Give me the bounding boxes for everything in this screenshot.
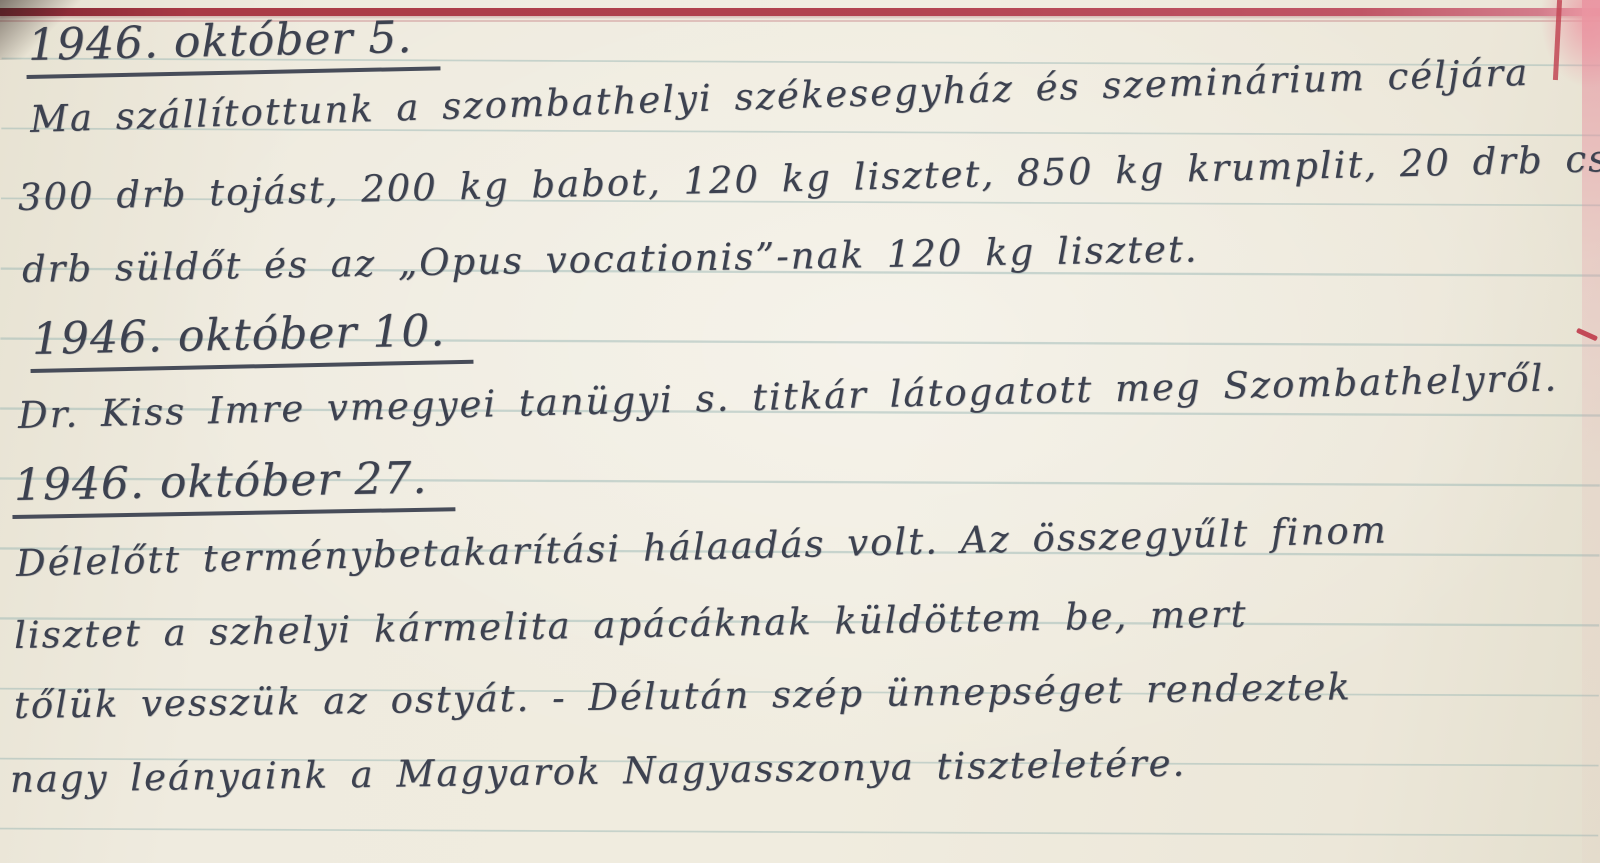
pink-edge-stain [1540, 0, 1600, 88]
entry-date-heading: 1946. október 10. [29, 305, 474, 373]
entry-date-heading: 1946. október 5. [25, 11, 441, 79]
entry-date-heading: 1946. október 27. [11, 452, 455, 519]
diary-page: 1946. október 5. Ma szállítottunk a szom… [0, 0, 1600, 863]
pink-page-edge [1582, 0, 1600, 863]
